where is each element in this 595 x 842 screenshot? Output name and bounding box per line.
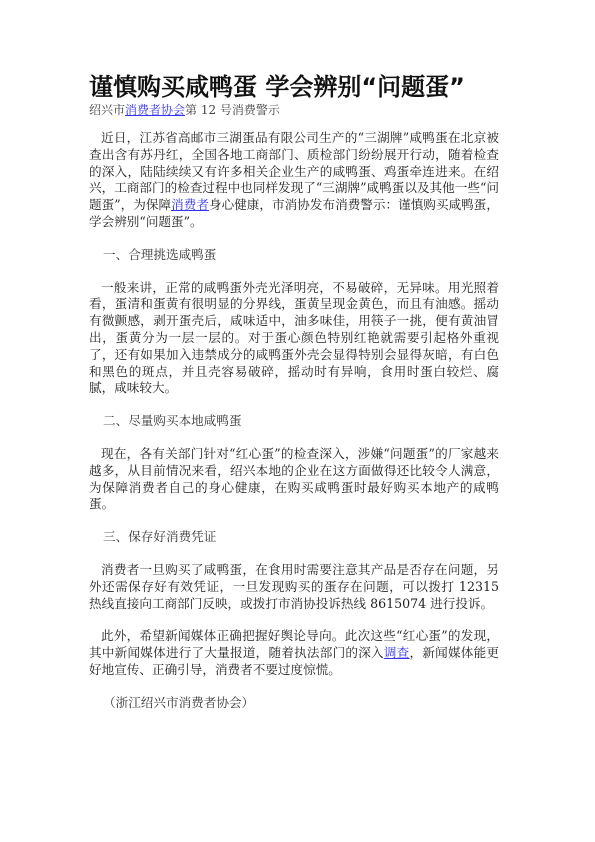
article-signature: （浙江绍兴市消费者协会） — [89, 695, 499, 712]
section-body-2: 现在，各有关部门针对“红心蛋”的检查深入，涉嫌“问题蛋”的厂家越来越多，从目前情… — [89, 446, 499, 513]
investigation-link[interactable]: 调查 — [384, 645, 410, 660]
intro-paragraph: 近日，江苏省高邮市三湖蛋品有限公司生产的“三湖牌”咸鸭蛋在北京被查出含有苏丹红，… — [89, 130, 499, 231]
section-heading-3: 三、保存好消费凭证 — [89, 529, 499, 546]
section-heading-2: 二、尽量购买本地咸鸭蛋 — [89, 413, 499, 430]
subtitle-suffix: 第 12 号消费警示 — [185, 103, 280, 117]
article-subtitle: 绍兴市消费者协会第 12 号消费警示 — [89, 102, 499, 118]
document-page: 谨慎购买咸鸭蛋 学会辨别“问题蛋” 绍兴市消费者协会第 12 号消费警示 近日，… — [89, 72, 499, 712]
article-title: 谨慎购买咸鸭蛋 学会辨别“问题蛋” — [89, 72, 499, 102]
section-body-3: 消费者一旦购买了咸鸭蛋，在食用时需要注意其产品是否存在问题，另外还需保存好有效凭… — [89, 562, 499, 612]
subtitle-prefix: 绍兴市 — [89, 103, 125, 117]
consumer-association-link[interactable]: 消费者协会 — [125, 103, 185, 117]
closing-paragraph: 此外，希望新闻媒体正确把握好舆论导向。此次这些“红心蛋”的发现，其中新闻媒体进行… — [89, 628, 499, 678]
consumer-link[interactable]: 消费者 — [171, 197, 209, 212]
section-body-1: 一般来讲，正常的咸鸭蛋外壳光泽明亮，不易破碎，无异味。用光照着看，蛋清和蛋黄有很… — [89, 280, 499, 398]
section-heading-1: 一、合理挑选咸鸭蛋 — [89, 247, 499, 264]
